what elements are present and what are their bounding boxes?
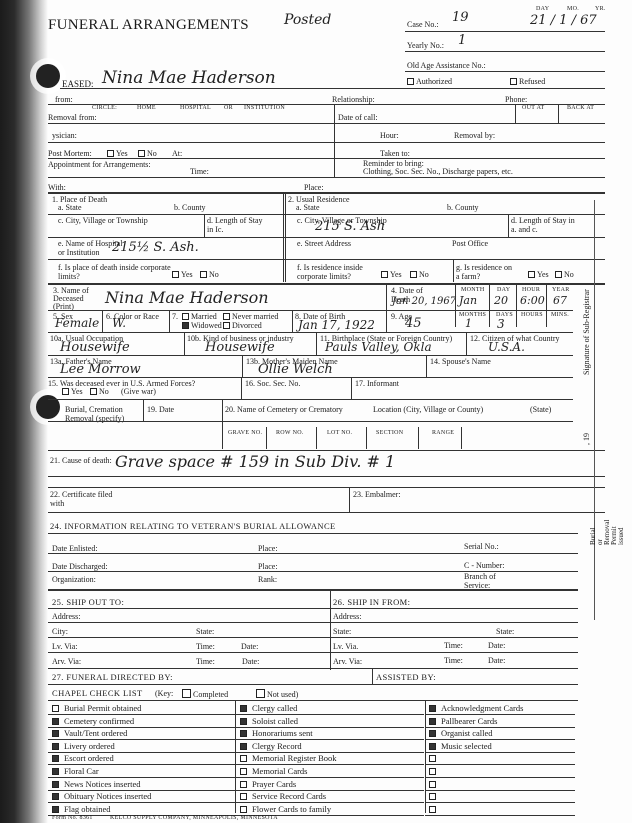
checkbox[interactable] xyxy=(528,271,535,278)
checklist-item-label: Obituary Notices inserted xyxy=(64,791,151,801)
checklist-item[interactable]: Memorial Cards xyxy=(240,765,307,778)
armed-no[interactable]: No xyxy=(90,387,109,396)
key-not-used: Not used) xyxy=(256,689,298,699)
out-at-label: OUT AT xyxy=(522,105,545,111)
case-no-label: Case No.: xyxy=(407,20,439,29)
date-discharged-label: Date Discharged: xyxy=(52,562,108,571)
checkbox-checked[interactable] xyxy=(182,322,189,329)
back-at-label: BACK AT xyxy=(567,105,594,111)
father-value[interactable]: Lee Morrow xyxy=(60,362,141,377)
occupation-value[interactable]: Housewife xyxy=(60,340,130,355)
res-city-value[interactable]: 215 S. Ash xyxy=(315,219,385,234)
checkbox[interactable] xyxy=(107,150,114,157)
checkbox[interactable] xyxy=(429,755,436,762)
in-lv-date-label: Date: xyxy=(488,641,505,650)
name-of-deceased-value[interactable]: Nina Mae Haderson xyxy=(105,288,269,307)
death-day-value[interactable]: 20 xyxy=(494,294,508,307)
checklist-item[interactable] xyxy=(429,778,441,791)
ship-in-heading: 26. SHIP IN FROM: xyxy=(333,597,410,607)
mother-value[interactable]: Ollie Welch xyxy=(258,362,333,377)
deceased-name-value[interactable]: Nina Mae Haderson xyxy=(102,68,276,88)
checklist-item-label: Floral Car xyxy=(64,766,99,776)
checklist-item[interactable]: Floral Car xyxy=(52,765,99,778)
cause-value[interactable]: Grave space # 159 in Sub Div. # 1 xyxy=(115,452,395,471)
removal-option-institution[interactable]: INSTITUTION xyxy=(244,105,285,111)
dob-value[interactable]: Jan 17, 1922 xyxy=(298,318,375,332)
pod-state-label: a. State xyxy=(58,203,82,212)
res-farm-no[interactable]: No xyxy=(555,270,574,279)
checklist-item-label: News Notices inserted xyxy=(64,779,140,789)
checkbox[interactable] xyxy=(223,322,230,329)
checklist-item[interactable] xyxy=(429,765,441,778)
refused-checkbox[interactable] xyxy=(510,78,517,85)
from-label: from: xyxy=(55,95,73,104)
at-label: At: xyxy=(172,149,182,158)
removal-option-hospital[interactable]: HOSPITAL xyxy=(180,105,211,111)
completed-key-icon xyxy=(182,689,191,698)
not-used-key-icon xyxy=(256,689,265,698)
relationship-label: Relationship: xyxy=(332,95,375,104)
checkbox-checked[interactable] xyxy=(52,793,59,800)
checklist-item[interactable]: Livery ordered xyxy=(52,740,115,753)
pod-city-label: c. City, Village or Township xyxy=(58,216,148,225)
section-label: SECTION xyxy=(376,430,403,436)
res-street-label: e. Street Address xyxy=(297,239,351,248)
pod-county-label: b. County xyxy=(174,203,206,212)
location-label: Location (City, Village or County) xyxy=(373,405,483,414)
marital-divorced[interactable]: Divorced xyxy=(223,321,262,330)
taken-to-label: Taken to: xyxy=(380,149,410,158)
in-state-label: State: xyxy=(496,627,514,636)
in-city-label: State: xyxy=(333,627,351,636)
out-city-label: City: xyxy=(52,627,68,636)
death-month-value[interactable]: Jan xyxy=(459,294,477,307)
date-of-death-value[interactable]: Jan 20, 1967 xyxy=(392,296,456,307)
checklist-item[interactable]: Acknowledgment Cards xyxy=(429,702,523,715)
death-hour-value[interactable]: 6:00 xyxy=(520,294,545,307)
checklist-item[interactable] xyxy=(429,790,441,803)
checklist-item[interactable]: Pallbearer Cards xyxy=(429,715,497,728)
veteran-heading: 24. INFORMATION RELATING TO VETERAN'S BU… xyxy=(50,521,336,531)
spouse-label: 14. Spouse's Name xyxy=(430,357,491,366)
authorized-checkbox[interactable] xyxy=(407,78,414,85)
pod-length-label: d. Length of Stay in Ic. xyxy=(207,216,267,234)
assisted-by-label: ASSISTED BY: xyxy=(376,672,436,682)
checklist-item[interactable]: Music selected xyxy=(429,740,492,753)
embalmer-label: 23. Embalmer: xyxy=(353,490,401,499)
removal-option-circle: CIRCLE: xyxy=(92,105,117,111)
age-value[interactable]: 45 xyxy=(405,316,422,331)
out-arv-time-label: Time: xyxy=(196,657,215,666)
pod-hospital-value[interactable]: 215½ S. Ash. xyxy=(112,240,199,255)
marital-widowed[interactable]: Widowed xyxy=(182,321,222,330)
age-months-value[interactable]: 1 xyxy=(465,317,472,330)
checklist-item-label: Livery ordered xyxy=(64,741,115,751)
out-arv-date-label: Date: xyxy=(242,657,259,666)
checkbox-checked[interactable] xyxy=(429,705,436,712)
supplier-name: KELCO SUPPLY COMPANY, MINNEAPOLIS, MINNE… xyxy=(110,815,278,821)
checklist-item[interactable]: Flower Cards to family xyxy=(240,803,331,816)
checklist-item-label: Soloist called xyxy=(252,716,298,726)
checklist-item-label: Acknowledgment Cards xyxy=(441,703,523,713)
state-label: (State) xyxy=(530,405,551,414)
checkbox[interactable] xyxy=(240,806,247,813)
checklist-item-label: Cemetery confirmed xyxy=(64,716,134,726)
cemetery-label: 20. Name of Cemetery or Crematory xyxy=(225,405,343,414)
give-war-label: (Give war) xyxy=(121,387,156,396)
pod-corporate-label: f. Is place of death inside corporate li… xyxy=(58,263,188,281)
checklist-item-label: Pallbearer Cards xyxy=(441,716,497,726)
checklist-item[interactable]: News Notices inserted xyxy=(52,778,140,791)
checkbox-checked[interactable] xyxy=(52,806,59,813)
posted-note: Posted xyxy=(284,12,331,28)
months-label: MONTHS xyxy=(459,312,486,318)
case-no-value[interactable]: 19 xyxy=(452,10,469,25)
out-lv-via-label: Lv. Via: xyxy=(52,642,78,651)
signature-sub-registrar-label: Signature of Sub-Registrar xyxy=(582,289,591,375)
checkbox[interactable] xyxy=(555,271,562,278)
checklist-item-label: Clergy called xyxy=(252,703,297,713)
checklist-item[interactable] xyxy=(429,752,441,765)
res-state-label: a. State xyxy=(296,203,320,212)
hour-label: Hour: xyxy=(380,131,399,140)
checkbox[interactable] xyxy=(240,768,247,775)
checklist-item[interactable]: Clergy Record xyxy=(240,740,302,753)
checklist-item-label: Honorariums sent xyxy=(252,728,313,738)
date19-label: 19. Date xyxy=(147,405,174,414)
checklist-item[interactable]: Organist called xyxy=(429,727,493,740)
permit-issued-label: Burial or Removal Permit issued xyxy=(590,525,625,545)
armed-yes[interactable]: Yes xyxy=(62,387,83,396)
removal-option-home[interactable]: HOME xyxy=(137,105,156,111)
mins-label: MINS. xyxy=(551,312,569,318)
out-arv-via-label: Arv. Via: xyxy=(52,657,81,666)
in-lv-via-label: Lv. Via. xyxy=(333,642,358,651)
checkbox-checked[interactable] xyxy=(240,705,247,712)
checklist-item-label: Service Record Cards xyxy=(252,791,326,801)
checklist-heading: CHAPEL CHECK LIST xyxy=(52,688,143,698)
checkbox[interactable] xyxy=(429,781,436,788)
checklist-item-label: Vault/Tent ordered xyxy=(64,728,127,738)
checkbox[interactable] xyxy=(429,793,436,800)
citizen-value[interactable]: U.S.A. xyxy=(488,340,525,354)
checkbox[interactable] xyxy=(429,806,436,813)
post-mortem-label: Post Mortem: xyxy=(48,149,92,158)
certificate-label: 22. Certificate filed with xyxy=(50,490,120,508)
res-county-label: b. County xyxy=(447,203,479,212)
key-label: (Key: xyxy=(155,689,173,698)
checkbox-checked[interactable] xyxy=(240,730,247,737)
sex-value[interactable]: Female xyxy=(55,316,99,330)
checklist-item[interactable]: Obituary Notices inserted xyxy=(52,790,151,803)
checkbox[interactable] xyxy=(52,705,59,712)
checkbox[interactable] xyxy=(138,150,145,157)
checkbox[interactable] xyxy=(240,793,247,800)
pod-corporate-no[interactable]: No xyxy=(200,270,219,279)
marital-married[interactable]: Married xyxy=(182,312,217,321)
organization-label: Organization: xyxy=(52,575,96,584)
place2-label: Place: xyxy=(258,562,278,571)
authorized-option[interactable]: Authorized xyxy=(407,77,452,86)
date-of-call-label: Date of call: xyxy=(338,113,378,122)
checkbox-checked[interactable] xyxy=(52,781,59,788)
ssn-label: 16. Soc. Sec. No. xyxy=(245,379,300,388)
checkbox[interactable] xyxy=(240,781,247,788)
res-corporate-no[interactable]: No xyxy=(410,270,429,279)
hours-label: HOURS xyxy=(521,312,543,318)
form-title: FUNERAL ARRANGEMENTS xyxy=(48,17,249,34)
checkbox-checked[interactable] xyxy=(52,768,59,775)
checkbox[interactable] xyxy=(429,768,436,775)
checklist-item[interactable]: Escort ordered xyxy=(52,752,114,765)
checkbox-checked[interactable] xyxy=(240,718,247,725)
birthplace-value[interactable]: Pauls Valley, Okla xyxy=(325,340,432,354)
pod-corporate-yes[interactable]: Yes xyxy=(172,270,193,279)
in-address-label: Address: xyxy=(333,612,361,621)
range-label: RANGE xyxy=(432,430,454,436)
checklist-item-label: Music selected xyxy=(441,741,492,751)
in-arv-via-label: Arv. Via: xyxy=(333,657,362,666)
checklist-item[interactable]: Memorial Register Book xyxy=(240,752,337,765)
key-completed: Completed xyxy=(182,689,228,699)
checklist-item[interactable]: Burial Permit obtained xyxy=(52,702,141,715)
form-number: Form No. 8361 xyxy=(52,815,93,821)
checkbox-checked[interactable] xyxy=(52,730,59,737)
out-address-label: Address: xyxy=(52,612,80,621)
checkbox[interactable] xyxy=(200,271,207,278)
serial-label: Serial No.: xyxy=(464,542,499,551)
marital-label: 7. xyxy=(172,312,178,321)
checklist-item-label: Memorial Register Book xyxy=(252,753,337,763)
mo-label: MO. xyxy=(567,6,579,12)
with-label: With: xyxy=(48,183,66,192)
grave-no-label: GRAVE NO. xyxy=(228,430,262,436)
reminder-text: Clothing, Soc. Sec. No., Discharge paper… xyxy=(363,167,513,176)
time-label: Time: xyxy=(190,167,209,176)
day-label: DAY xyxy=(497,287,510,293)
out-lv-time-label: Time: xyxy=(196,642,215,651)
checklist-item[interactable] xyxy=(429,803,441,816)
checklist-item[interactable]: Prayer Cards xyxy=(240,778,296,791)
marital-never-married[interactable]: Never married xyxy=(223,312,278,321)
out-state-label: State: xyxy=(196,627,214,636)
checklist-item[interactable]: Vault/Tent ordered xyxy=(52,727,127,740)
checklist-item-label: Memorial Cards xyxy=(252,766,307,776)
checkbox[interactable] xyxy=(240,755,247,762)
yearly-no-value[interactable]: 1 xyxy=(458,33,466,48)
checkbox[interactable] xyxy=(410,271,417,278)
checklist-item-label: Clergy Record xyxy=(252,741,302,751)
checkbox-checked[interactable] xyxy=(52,755,59,762)
hour-label: HOUR xyxy=(522,287,540,293)
removal-option-or: OR xyxy=(224,105,233,111)
checkbox-checked[interactable] xyxy=(429,718,436,725)
checkbox-checked[interactable] xyxy=(429,743,436,750)
checkbox-checked[interactable] xyxy=(429,730,436,737)
res-post-office-label: Post Office xyxy=(452,239,488,248)
place-label: Place: xyxy=(304,183,324,192)
place1-label: Place: xyxy=(258,544,278,553)
checklist-item-label: Escort ordered xyxy=(64,753,114,763)
checkbox-checked[interactable] xyxy=(52,743,59,750)
in-arv-date-label: Date: xyxy=(488,656,505,665)
funeral-directed-label: 27. FUNERAL DIRECTED BY: xyxy=(52,672,173,682)
race-value[interactable]: W. xyxy=(112,316,126,330)
checkbox[interactable] xyxy=(223,313,230,320)
appointment-label: Appointment for Arrangements: xyxy=(48,160,151,169)
age-days-value[interactable]: 3 xyxy=(497,317,505,331)
cause-label: 21. Cause of death: xyxy=(50,456,112,465)
res-farm-label: g. Is residence on a farm? xyxy=(456,263,516,281)
out-lv-date-label: Date: xyxy=(241,642,258,651)
checkbox-checked[interactable] xyxy=(52,718,59,725)
checklist-item[interactable]: Cemetery confirmed xyxy=(52,715,134,728)
checklist-item[interactable]: Flag obtained xyxy=(52,803,111,816)
res-length-label: d. Length of Stay in a. and c. xyxy=(511,216,576,234)
checkbox[interactable] xyxy=(62,388,69,395)
punch-hole xyxy=(36,64,60,88)
date-enlisted-label: Date Enlisted: xyxy=(52,544,98,553)
checklist-item[interactable]: Clergy called xyxy=(240,702,297,715)
name-of-deceased-label: 3. Name of Deceased (Print) xyxy=(53,287,91,311)
checkbox[interactable] xyxy=(381,271,388,278)
in-lv-time-label: Time: xyxy=(444,641,463,650)
funeral-arrangements-form: FUNERAL ARRANGEMENTS Posted Case No.: 19… xyxy=(0,0,632,823)
month-label: MONTH xyxy=(461,287,485,293)
checkbox[interactable] xyxy=(172,271,179,278)
removal-from-label: Removal from: xyxy=(48,113,97,122)
old-age-label: Old Age Assistance No.: xyxy=(407,61,486,70)
checkbox[interactable] xyxy=(90,388,97,395)
yr-label: YR. xyxy=(595,6,606,12)
informant-label: 17. Informant xyxy=(355,379,399,388)
branch-label: Branch of Service: xyxy=(464,572,509,590)
checklist-item-label: Prayer Cards xyxy=(252,779,296,789)
physician-label: ysician: xyxy=(52,131,77,140)
res-corporate-label: f. Is residence inside corporate limits? xyxy=(297,263,377,281)
day-label: DAY xyxy=(536,6,549,12)
industry-value[interactable]: Housewife xyxy=(205,340,275,355)
in-arv-time-label: Time: xyxy=(444,656,463,665)
checkbox[interactable] xyxy=(182,313,189,320)
form-date-value[interactable]: 21 / 1 / 67 xyxy=(530,13,597,28)
year-label: YEAR xyxy=(552,287,570,293)
checklist-item-label: Organist called xyxy=(441,728,493,738)
row-no-label: ROW NO. xyxy=(276,430,304,436)
c-number-label: C - Number: xyxy=(464,561,504,570)
ship-out-heading: 25. SHIP OUT TO: xyxy=(52,597,124,607)
checklist-item-label: Flag obtained xyxy=(64,804,111,814)
checklist-item[interactable]: Service Record Cards xyxy=(240,790,326,803)
phone-label: Phone: xyxy=(505,95,527,104)
removal-by-label: Removal by: xyxy=(454,131,495,140)
year-prefix: , 19 xyxy=(582,433,591,445)
rank-label: Rank: xyxy=(258,575,277,584)
checklist-item[interactable]: Honorariums sent xyxy=(240,727,313,740)
death-year-value[interactable]: 67 xyxy=(553,294,567,307)
checklist-item[interactable]: Soloist called xyxy=(240,715,298,728)
res-corporate-yes[interactable]: Yes xyxy=(381,270,402,279)
post-mortem-yes[interactable]: Yes xyxy=(107,149,128,158)
refused-option[interactable]: Refused xyxy=(510,77,545,86)
res-farm-yes[interactable]: Yes xyxy=(528,270,549,279)
checklist-item-label: Flower Cards to family xyxy=(252,804,331,814)
lot-no-label: LOT NO. xyxy=(327,430,352,436)
checklist-item-label: Burial Permit obtained xyxy=(64,703,141,713)
checkbox-checked[interactable] xyxy=(240,743,247,750)
yearly-no-label: Yearly No.: xyxy=(407,41,444,50)
post-mortem-no[interactable]: No xyxy=(138,149,157,158)
